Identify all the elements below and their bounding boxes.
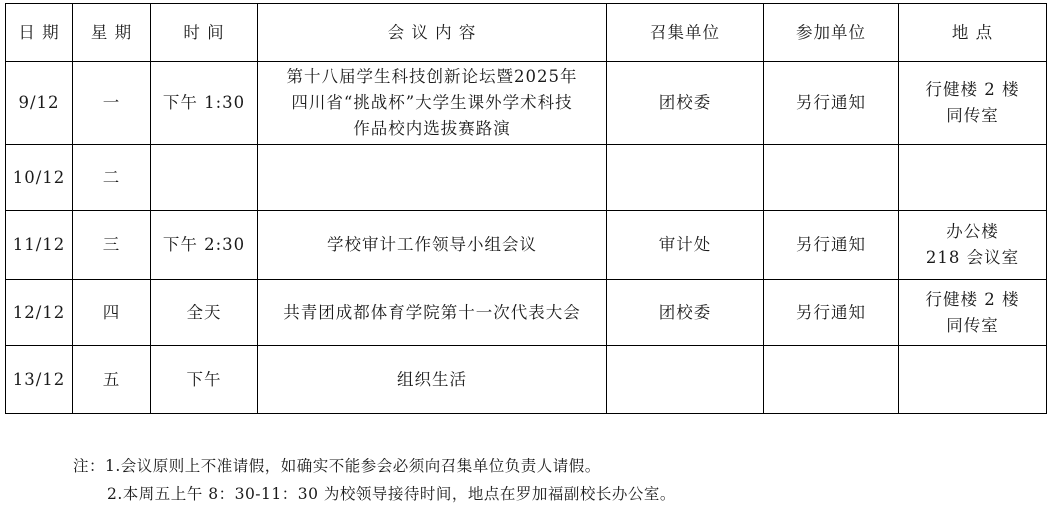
cell-location: 行健楼 2 楼 同传室 [899,62,1047,145]
cell-date: 12/12 [6,280,73,346]
header-date: 日 期 [6,4,73,62]
header-time: 时 间 [151,4,258,62]
cell-date: 9/12 [6,62,73,145]
table-header-row: 日 期 星 期 时 间 会 议 内 容 召集单位 参加单位 地 点 [6,4,1047,62]
cell-location [899,145,1047,211]
note-line-2: 2.本周五上午 8：30-11：30 为校领导接待时间，地点在罗加福副校长办公室… [73,480,676,507]
cell-participants: 另行通知 [764,280,899,346]
table-row: 12/12 四 全天 共青团成都体育学院第十一次代表大会 团校委 另行通知 行健… [6,280,1047,346]
cell-convener [607,145,764,211]
cell-date: 11/12 [6,211,73,280]
header-convener: 召集单位 [607,4,764,62]
cell-convener: 团校委 [607,62,764,145]
table-row: 11/12 三 下午 2:30 学校审计工作领导小组会议 审计处 另行通知 办公… [6,211,1047,280]
cell-time [151,145,258,211]
cell-content: 共青团成都体育学院第十一次代表大会 [258,280,607,346]
table-row: 13/12 五 下午 组织生活 [6,346,1047,414]
notes-section: 注：1.会议原则上不准请假，如确实不能参会必须向召集单位负责人请假。 2.本周五… [73,452,676,507]
cell-content: 第十八届学生科技创新论坛暨2025年 四川省“挑战杯”大学生课外学术科技 作品校… [258,62,607,145]
cell-time: 下午 2:30 [151,211,258,280]
header-location: 地 点 [899,4,1047,62]
cell-content [258,145,607,211]
cell-participants [764,346,899,414]
header-content: 会 议 内 容 [258,4,607,62]
cell-location: 行健楼 2 楼 同传室 [899,280,1047,346]
header-weekday: 星 期 [73,4,151,62]
table-row: 9/12 一 下午 1:30 第十八届学生科技创新论坛暨2025年 四川省“挑战… [6,62,1047,145]
cell-weekday: 三 [73,211,151,280]
cell-time: 下午 [151,346,258,414]
cell-weekday: 一 [73,62,151,145]
cell-date: 13/12 [6,346,73,414]
cell-time: 全天 [151,280,258,346]
cell-convener: 团校委 [607,280,764,346]
header-participants: 参加单位 [764,4,899,62]
cell-location [899,346,1047,414]
cell-convener [607,346,764,414]
cell-time: 下午 1:30 [151,62,258,145]
cell-content: 组织生活 [258,346,607,414]
cell-content: 学校审计工作领导小组会议 [258,211,607,280]
cell-weekday: 二 [73,145,151,211]
note-line-1: 注：1.会议原则上不准请假，如确实不能参会必须向召集单位负责人请假。 [73,452,676,480]
cell-date: 10/12 [6,145,73,211]
cell-weekday: 四 [73,280,151,346]
cell-participants: 另行通知 [764,211,899,280]
cell-location: 办公楼 218 会议室 [899,211,1047,280]
cell-weekday: 五 [73,346,151,414]
table-row: 10/12 二 [6,145,1047,211]
cell-participants: 另行通知 [764,62,899,145]
cell-participants [764,145,899,211]
cell-convener: 审计处 [607,211,764,280]
meeting-schedule-table: 日 期 星 期 时 间 会 议 内 容 召集单位 参加单位 地 点 9/12 一… [5,3,1047,414]
